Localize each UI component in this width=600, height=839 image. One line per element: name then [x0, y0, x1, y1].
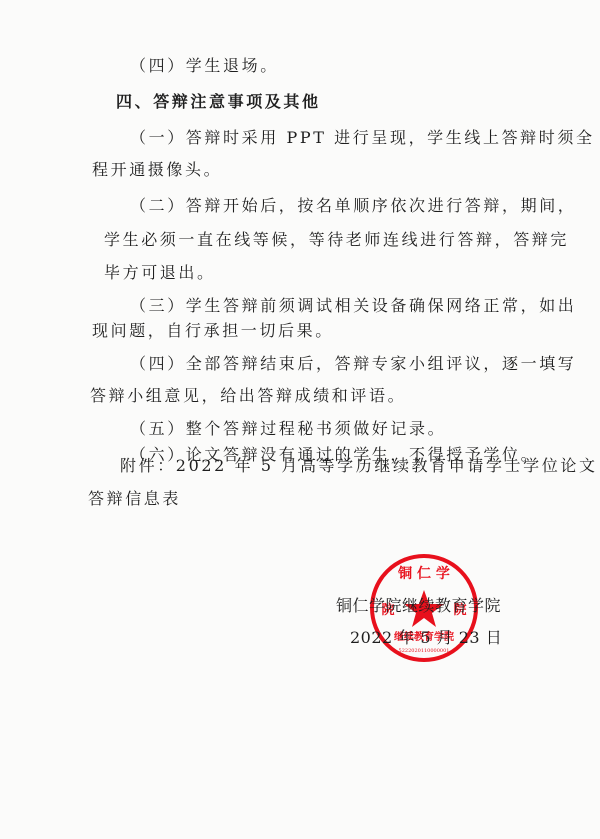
doc-line-12: （五）整个答辩过程秘书须做好记录。: [130, 419, 446, 439]
doc-line-6: 学生必须一直在线等候，等待老师连线进行答辩，答辩完: [104, 230, 569, 250]
signature-organization: 铜仁学院继续教育学院: [336, 596, 501, 616]
svg-text:铜 仁 学: 铜 仁 学: [397, 565, 450, 582]
doc-line-8: （三）学生答辩前须调试相关设备确保网络正常，如出: [130, 296, 576, 316]
doc-line-9: 现问题，自行承担一切后果。: [92, 321, 334, 341]
doc-line-3: （一）答辩时采用 PPT 进行呈现，学生线上答辩时须全: [130, 128, 595, 148]
attachment-line-1: 附件：2022 年 5 月高等学历继续教育申请学士学位论文: [120, 456, 598, 476]
doc-line-10: （四）全部答辩结束后，答辩专家小组评议，逐一填写: [130, 354, 576, 374]
signature-date: 2022 年 5 月 23 日: [350, 628, 502, 648]
attachment-line-2: 答辩信息表: [88, 489, 181, 509]
doc-line-11: 答辩小组意见，给出答辩成绩和评语。: [90, 386, 406, 406]
section-heading: 四、答辩注意事项及其他: [116, 92, 321, 112]
doc-line-4: 程开通摄像头。: [92, 160, 222, 180]
doc-line-1: （四）学生退场。: [130, 56, 279, 76]
svg-text:5222020110000001: 5222020110000001: [399, 648, 450, 654]
doc-line-7: 毕方可退出。: [104, 263, 216, 283]
doc-line-5: （二）答辩开始后，按名单顺序依次进行答辩，期间，: [130, 196, 576, 216]
